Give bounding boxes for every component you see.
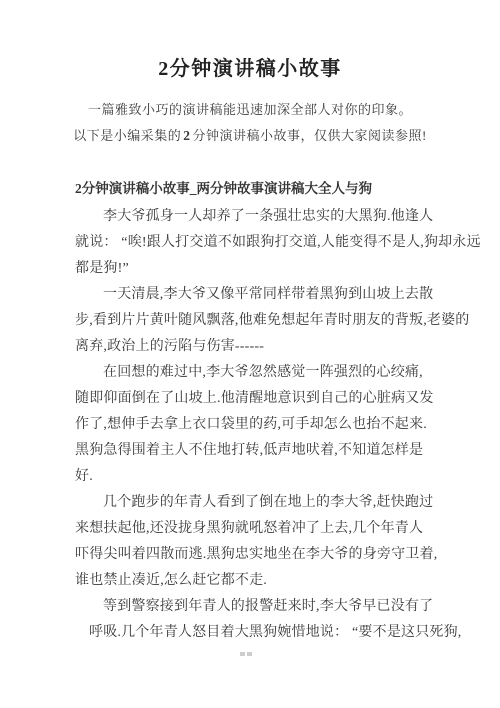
footer-mark-glyph bbox=[247, 652, 252, 656]
body-line: 几个跑步的年青人看到了倒在地上的李大爷,赶快跑过 bbox=[75, 490, 460, 516]
body-line: 谁也禁止凑近,怎么赶它都不走. bbox=[75, 568, 460, 594]
body-line: 来想扶起他,还没拢身黑狗就吼怒着冲了上去,几个年青人 bbox=[75, 516, 460, 542]
intro-line-2-prefix: 以下是小编采集的 bbox=[73, 128, 181, 143]
body-line: 一天清晨,李大爷又像平常同样带着黑狗到山坡上去散 bbox=[75, 282, 460, 308]
body-line: 都是狗!” bbox=[75, 256, 460, 282]
intro-line-2-suffix: 分钟演讲稿小故事，仅供大家阅读参照! bbox=[192, 128, 426, 143]
body-lines: 李大爷孤身一人却养了一条强壮忠实的大黑狗.他逢人 就说： “唉!跟人打交道不如跟… bbox=[75, 204, 460, 646]
footer-mark-glyph bbox=[240, 652, 245, 656]
document-page: 2分钟演讲稿小故事 一篇雅致小巧的演讲稿能迅速加深全部人对你的印象。 以下是小编… bbox=[0, 0, 500, 708]
body-line: 随即仰面倒在了山坡上.他清醒地意识到自己的心脏病又发 bbox=[75, 386, 460, 412]
body-line: 等到警察接到年青人的报警赶来时,李大爷早已没有了 bbox=[75, 594, 460, 620]
body-line: 作了,想伸手去拿上衣口袋里的药,可手却怎么也抬不起来. bbox=[75, 412, 460, 438]
body-line: 黑狗急得围着主人不住地打转,低声地吠着,不知道怎样是 bbox=[75, 438, 460, 464]
body-line: 吓得尖叫着四散而逃.黑狗忠实地坐在李大爷的身旁守卫着, bbox=[75, 542, 460, 568]
intro-paragraph: 一篇雅致小巧的演讲稿能迅速加深全部人对你的印象。 以下是小编采集的2分钟演讲稿小… bbox=[0, 97, 500, 149]
body-line: 好. bbox=[75, 464, 460, 490]
intro-line-1: 一篇雅致小巧的演讲稿能迅速加深全部人对你的印象。 bbox=[0, 97, 500, 123]
body-line: 就说： “唉!跟人打交道不如跟狗打交道,人能变得不是人,狗却永远 bbox=[75, 230, 460, 256]
page-title: 2分钟演讲稿小故事 bbox=[0, 0, 500, 83]
intro-line-2-number: 2 bbox=[181, 128, 192, 143]
body-line: 在回想的难过中,李大爷忽然感觉一阵强烈的心绞痛, bbox=[75, 360, 460, 386]
body-line: 离弃,政治上的污陷与伤害------ bbox=[75, 334, 460, 360]
article-body: 2分钟演讲稿小故事_两分钟故事演讲稿大全人与狗 李大爷孤身一人却养了一条强壮忠实… bbox=[75, 176, 460, 646]
body-line: 呼吸.几个年青人怒目着大黑狗婉惜地说： “要不是这只死狗, bbox=[75, 620, 460, 646]
intro-line-2: 以下是小编采集的2分钟演讲稿小故事，仅供大家阅读参照! bbox=[0, 123, 500, 149]
section-heading: 2分钟演讲稿小故事_两分钟故事演讲稿大全人与狗 bbox=[75, 176, 460, 202]
body-line: 步,看到片片黄叶随风飘落,他难免想起年青时朋友的背叛,老婆的 bbox=[75, 308, 460, 334]
footer-page-mark bbox=[240, 652, 254, 657]
body-line: 李大爷孤身一人却养了一条强壮忠实的大黑狗.他逢人 bbox=[75, 204, 460, 230]
